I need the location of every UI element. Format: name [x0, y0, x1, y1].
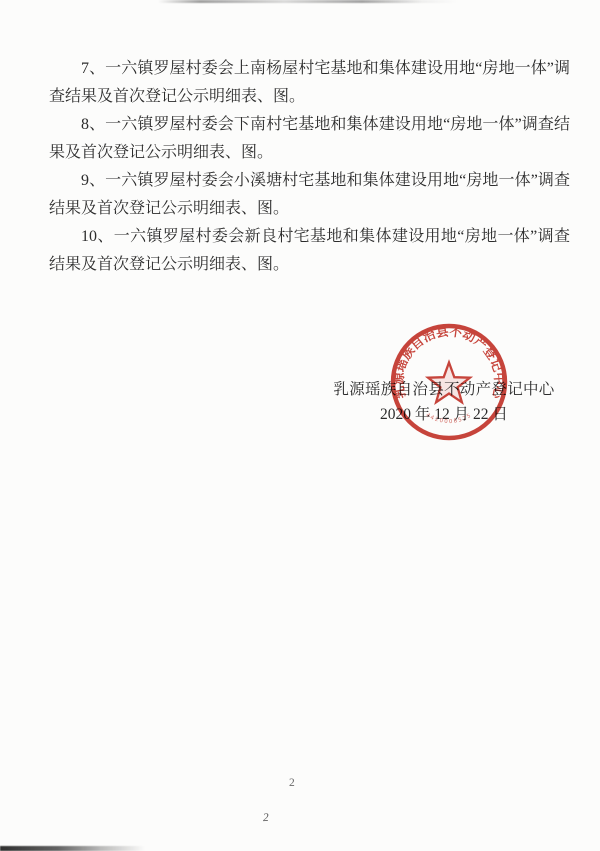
- document-page: 7、一六镇罗屋村委会上南杨屋村宅基地和集体建设用地“房地一体”调查结果及首次登记…: [0, 0, 600, 851]
- page-number: 2: [289, 777, 295, 789]
- list-item-8: 8、一六镇罗屋村委会下南村宅基地和集体建设用地“房地一体”调查结果及首次登记公示…: [49, 111, 570, 167]
- signature-org-name: 乳源瑶族自治县不动产登记中心: [329, 379, 559, 401]
- scan-artifact-top-edge: [158, 0, 458, 3]
- document-body: 7、一六镇罗屋村委会上南杨屋村宅基地和集体建设用地“房地一体”调查结果及首次登记…: [49, 55, 570, 279]
- list-item-7: 7、一六镇罗屋村委会上南杨屋村宅基地和集体建设用地“房地一体”调查结果及首次登记…: [49, 55, 570, 111]
- signature-date: 2020 年 12 月 22 日: [329, 404, 559, 426]
- list-item-9: 9、一六镇罗屋村委会小溪塘村宅基地和集体建设用地“房地一体”调查结果及首次登记公…: [49, 167, 570, 223]
- signature-block: 乳源瑶族自治县不动产登记中心 2020 年 12 月 22 日: [329, 379, 559, 426]
- list-item-10: 10、一六镇罗屋村委会新良村宅基地和集体建设用地“房地一体”调查结果及首次登记公…: [49, 223, 570, 279]
- scan-artifact-bottom-edge: [0, 846, 145, 851]
- page-number-ghost: 2: [262, 812, 269, 824]
